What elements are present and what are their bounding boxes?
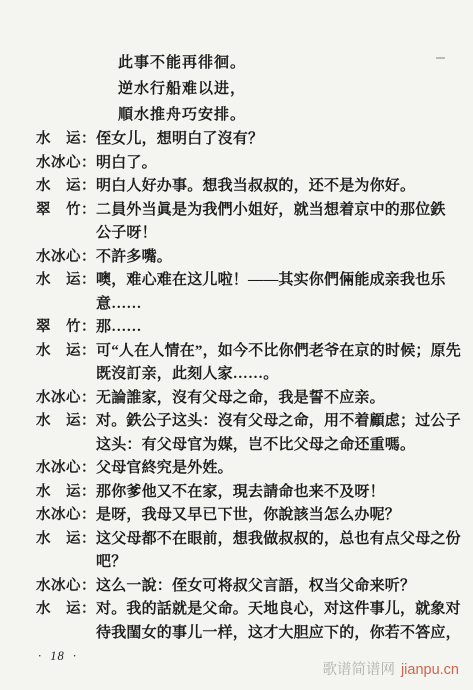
dialogue-lines: 这么一說：侄女可将叔父言語，权当父命来听？ — [96, 575, 469, 599]
dialogue-entry: 水冰心：无論誰家，沒有父母之命，我是誓不应亲。 — [36, 387, 469, 411]
dialogue-line: 二員外当眞是为我們小姐好，就当想着京中的那位鉄 — [96, 199, 469, 223]
dialogue-line: 对。鉄公子这头：沒有父母之命，用不着顧虑；过公子 — [96, 410, 469, 434]
dialogue-line: 明白了。 — [96, 152, 469, 176]
speaker-name: 水 运： — [36, 528, 96, 552]
speaker-name: 水 运： — [36, 410, 96, 434]
speaker-name: 水冰心： — [36, 387, 96, 411]
dialogue-entry: 水 运：对。我的話就是父命。天地良心，对这件事儿，就象对待我閨女的事儿一样，这才… — [36, 598, 469, 645]
speaker-name: 水 运： — [36, 269, 96, 293]
verse-line: 此事不能再徘徊。 — [118, 50, 246, 76]
dialogue-entry: 水冰心：这么一說：侄女可将叔父言語，权当父命来听？ — [36, 575, 469, 599]
dialogue-line: 这头：有父母官为媒，岂不比父母之命还重嗎。 — [96, 434, 469, 458]
verse-line: 順水推舟巧安排。 — [118, 102, 246, 128]
speaker-name: 水 运： — [36, 340, 96, 364]
speaker-name: 水冰心： — [36, 457, 96, 481]
dialogue-lines: 是呀，我母又早已下世，你說該当怎么办呢？ — [96, 504, 469, 528]
dialogue-lines: 不許多嘴。 — [96, 246, 469, 270]
speaker-name: 水冰心： — [36, 504, 96, 528]
dialogue-entry: 水冰心：明白了。 — [36, 152, 469, 176]
speaker-name: 水 运： — [36, 175, 96, 199]
dialogue-line: 对。我的話就是父命。天地良心，对这件事儿，就象对 — [96, 598, 469, 622]
dialogue-lines: 二員外当眞是为我們小姐好，就当想着京中的那位鉄公子呀！ — [96, 199, 469, 246]
dialogue-line: 那…… — [96, 316, 469, 340]
dialogue-line: 明白人好办事。想我当叔叔的，还不是为你好。 — [96, 175, 469, 199]
speaker-name: 水冰心： — [36, 246, 96, 270]
dialogue-line: 待我閨女的事儿一样，这才大胆应下的，你若不答应， — [96, 622, 469, 646]
verse-block: 此事不能再徘徊。逆水行船难以进，順水推舟巧安排。 — [118, 50, 246, 128]
scanned-script-page: 此事不能再徘徊。逆水行船难以进，順水推舟巧安排。 水 运：侄女儿，想明白了沒有？… — [0, 0, 473, 690]
dialogue-lines: 对。我的話就是父命。天地良心，对这件事儿，就象对待我閨女的事儿一样，这才大胆应下… — [96, 598, 469, 645]
dialogue-line: 父母官終究是外姓。 — [96, 457, 469, 481]
dialogue-lines: 噢，难心难在这儿啦！——其实你們倆能成亲我也乐意…… — [96, 269, 469, 316]
dialogue-lines: 可“人在人情在”，如今不比你們老爷在京的时候；原先既沒訂亲，此刻人家……。 — [96, 340, 469, 387]
dialogue-block: 水 运：侄女儿，想明白了沒有？水冰心：明白了。水 运：明白人好办事。想我当叔叔的… — [36, 128, 469, 645]
dialogue-lines: 无論誰家，沒有父母之命，我是誓不应亲。 — [96, 387, 469, 411]
dialogue-line: 这父母都不在眼前，想我做叔叔的，总也有点父母之份 — [96, 528, 469, 552]
dialogue-lines: 侄女儿，想明白了沒有？ — [96, 128, 469, 152]
dialogue-entry: 水 运：侄女儿，想明白了沒有？ — [36, 128, 469, 152]
dialogue-entry: 水 运：明白人好办事。想我当叔叔的，还不是为你好。 — [36, 175, 469, 199]
dialogue-entry: 水冰心：是呀，我母又早已下世，你說該当怎么办呢？ — [36, 504, 469, 528]
dialogue-lines: 明白了。 — [96, 152, 469, 176]
dialogue-lines: 那你爹他又不在家，現去請命也来不及呀！ — [96, 481, 469, 505]
dialogue-lines: 这父母都不在眼前，想我做叔叔的，总也有点父母之份吧？ — [96, 528, 469, 575]
dialogue-entry: 翠 竹：二員外当眞是为我們小姐好，就当想着京中的那位鉄公子呀！ — [36, 199, 469, 246]
speaker-name: 水 运： — [36, 481, 96, 505]
verse-line: 逆水行船难以进， — [118, 76, 246, 102]
dialogue-entry: 水冰心：父母官終究是外姓。 — [36, 457, 469, 481]
dialogue-line: 这么一說：侄女可将叔父言語，权当父命来听？ — [96, 575, 469, 599]
dialogue-line: 意…… — [96, 293, 469, 317]
scan-artifact — [436, 57, 445, 59]
speaker-name: 翠 竹： — [36, 199, 96, 223]
dialogue-entry: 水 运：可“人在人情在”，如今不比你們老爷在京的时候；原先既沒訂亲，此刻人家……… — [36, 340, 469, 387]
dialogue-line: 可“人在人情在”，如今不比你們老爷在京的时候；原先 — [96, 340, 469, 364]
watermark-site-url: jianpu.cn — [401, 662, 459, 678]
dialogue-line: 公子呀！ — [96, 222, 469, 246]
dialogue-entry: 翠 竹：那…… — [36, 316, 469, 340]
page-number: · 18 · — [38, 649, 77, 664]
dialogue-lines: 父母官終究是外姓。 — [96, 457, 469, 481]
dialogue-entry: 水 运：那你爹他又不在家，現去請命也来不及呀！ — [36, 481, 469, 505]
dialogue-line: 既沒訂亲，此刻人家……。 — [96, 363, 469, 387]
watermark-site-name: 歌谱简谱网 — [322, 662, 395, 678]
dialogue-line: 那你爹他又不在家，現去請命也来不及呀！ — [96, 481, 469, 505]
dialogue-line: 不許多嘴。 — [96, 246, 469, 270]
dialogue-lines: 对。鉄公子这头：沒有父母之命，用不着顧虑；过公子这头：有父母官为媒，岂不比父母之… — [96, 410, 469, 457]
dialogue-lines: 那…… — [96, 316, 469, 340]
dialogue-lines: 明白人好办事。想我当叔叔的，还不是为你好。 — [96, 175, 469, 199]
dialogue-line: 噢，难心难在这儿啦！——其实你們倆能成亲我也乐 — [96, 269, 469, 293]
dialogue-entry: 水冰心：不許多嘴。 — [36, 246, 469, 270]
speaker-name: 水 运： — [36, 128, 96, 152]
dialogue-entry: 水 运：对。鉄公子这头：沒有父母之命，用不着顧虑；过公子这头：有父母官为媒，岂不… — [36, 410, 469, 457]
speaker-name: 水冰心： — [36, 152, 96, 176]
speaker-name: 翠 竹： — [36, 316, 96, 340]
dialogue-entry: 水 运：噢，难心难在这儿啦！——其实你們倆能成亲我也乐意…… — [36, 269, 469, 316]
watermark: 歌谱简谱网jianpu.cn — [322, 658, 459, 679]
dialogue-line: 无論誰家，沒有父母之命，我是誓不应亲。 — [96, 387, 469, 411]
speaker-name: 水冰心： — [36, 575, 96, 599]
dialogue-entry: 水 运：这父母都不在眼前，想我做叔叔的，总也有点父母之份吧？ — [36, 528, 469, 575]
dialogue-line: 吧？ — [96, 551, 469, 575]
dialogue-line: 是呀，我母又早已下世，你說該当怎么办呢？ — [96, 504, 469, 528]
dialogue-line: 侄女儿，想明白了沒有？ — [96, 128, 469, 152]
speaker-name: 水 运： — [36, 598, 96, 622]
